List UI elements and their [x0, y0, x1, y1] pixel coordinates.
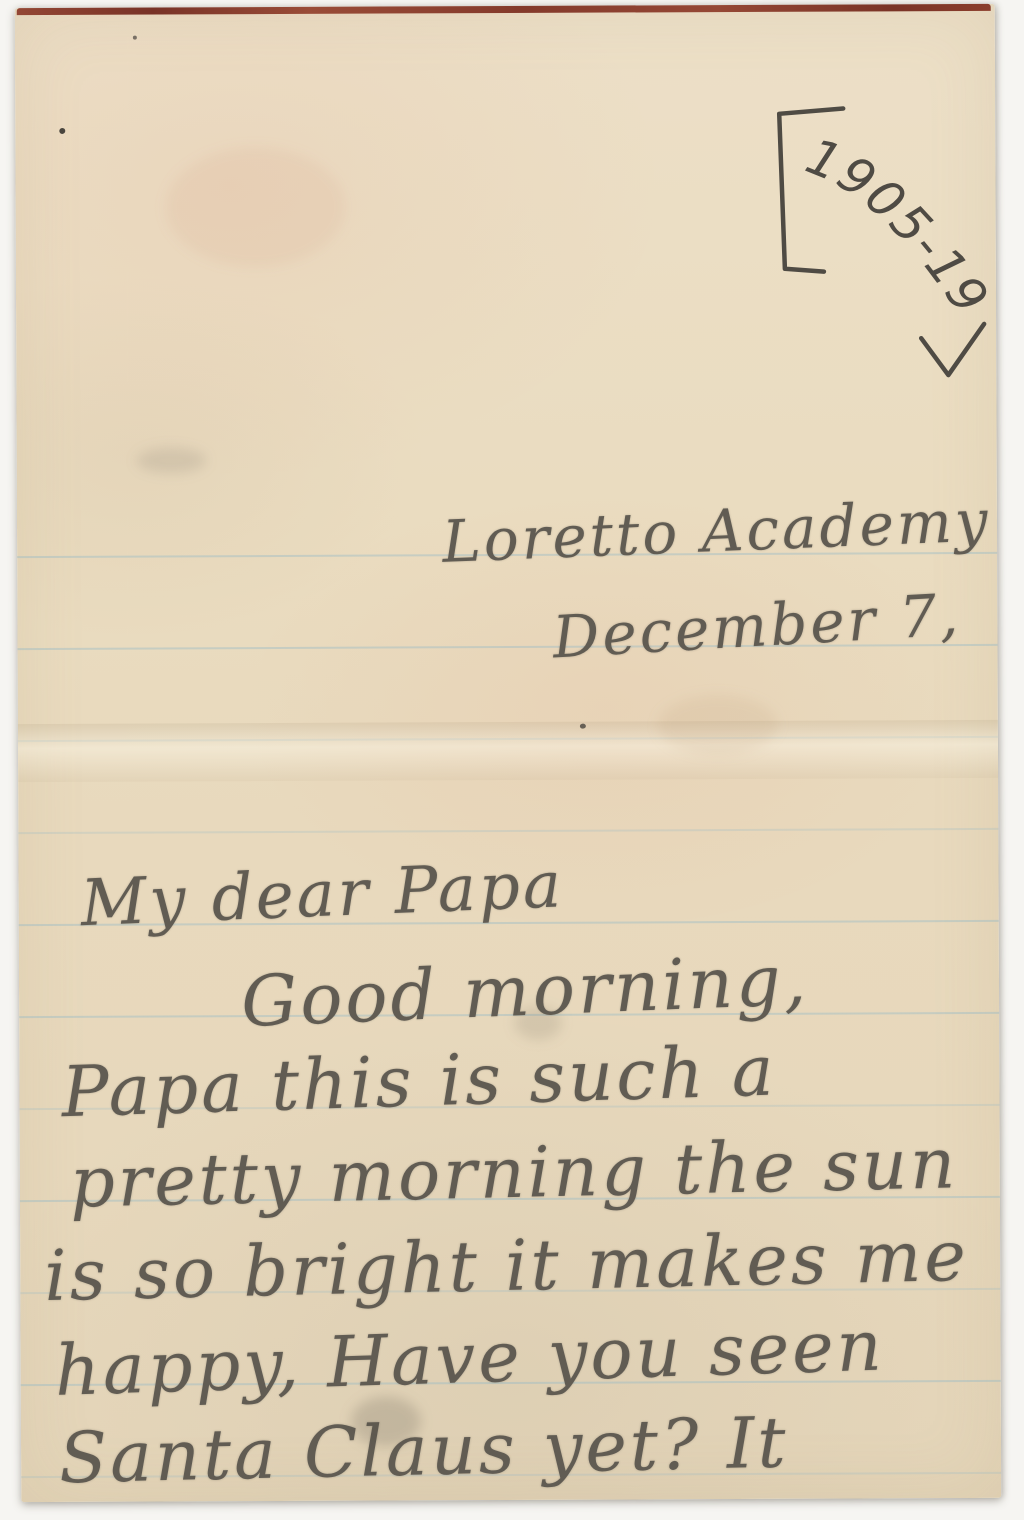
body-line: is so bright it makes me [44, 1221, 970, 1311]
annotation-bracket-close [921, 324, 984, 375]
body-line: happy, Have you seen [54, 1311, 886, 1406]
body-line: Papa this is such a [61, 1035, 778, 1127]
archival-annotation: 1905-1906 [750, 92, 1013, 393]
ink-speck [133, 36, 137, 40]
body-line: pretty morning the sun [69, 1128, 959, 1217]
graphite-smudge [351, 1396, 421, 1446]
fold-crease [18, 720, 998, 782]
ruled-line [18, 828, 998, 834]
graphite-smudge [137, 447, 207, 473]
letter-paper-sheet: 1905-1906 Loretto Academy December 7, My… [15, 4, 1002, 1502]
salutation: My dear Papa [80, 853, 566, 936]
scanned-letter-page: 1905-1906 Loretto Academy December 7, My… [0, 0, 1024, 1520]
annotation-years-text: 1905-1906 [750, 92, 1000, 327]
stain [658, 695, 778, 756]
paper-red-top-edge [17, 4, 991, 15]
heading-place: Loretto Academy [441, 491, 991, 570]
ink-speck [580, 724, 586, 729]
stain [165, 147, 346, 268]
heading-date: December 7, [551, 585, 962, 666]
graphite-smudge [514, 1006, 562, 1040]
ink-speck [59, 128, 65, 134]
body-line: Santa Claus yet? It [58, 1407, 789, 1493]
